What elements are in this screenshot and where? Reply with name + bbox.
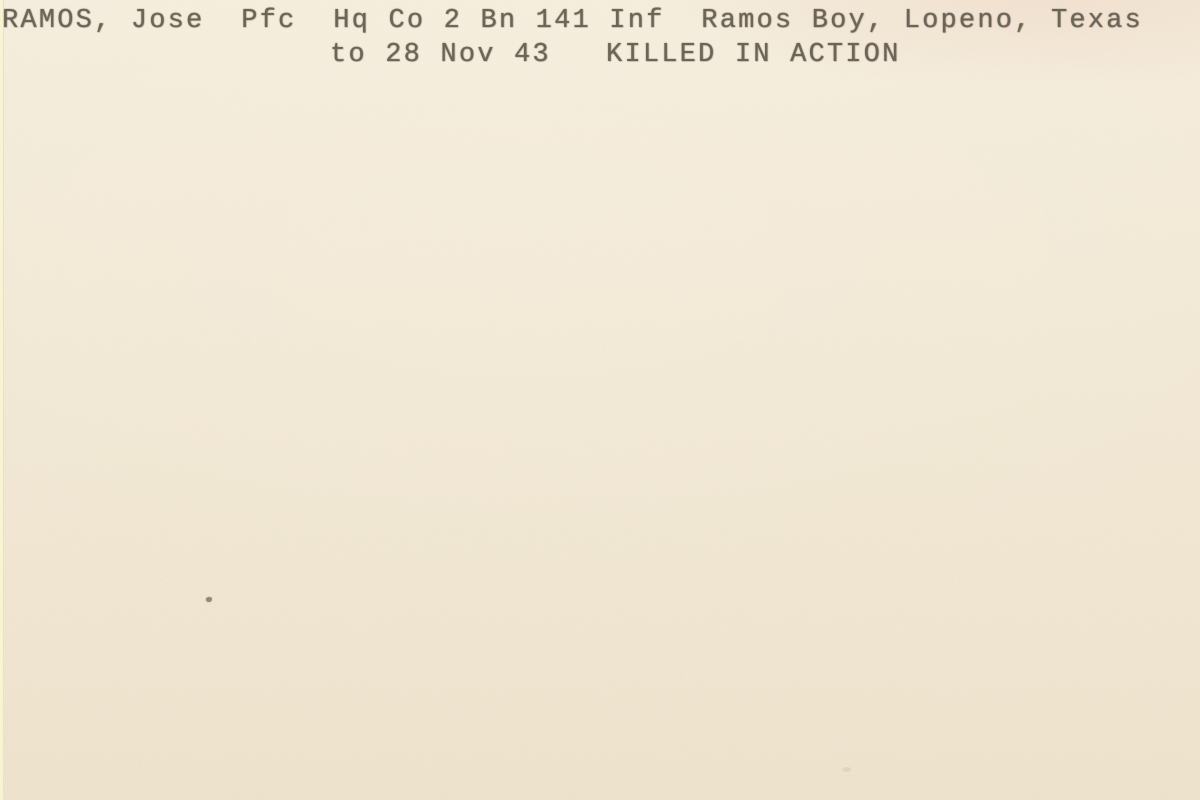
index-card: RAMOS, Jose Pfc Hq Co 2 Bn 141 Inf Ramos… [0, 0, 1200, 800]
paper-speck [206, 597, 212, 602]
typed-line-name-unit: RAMOS, Jose Pfc Hq Co 2 Bn 141 Inf Ramos… [2, 8, 1143, 35]
typed-line-date-status: to 28 Nov 43 KILLED IN ACTION [330, 42, 900, 69]
paper-smudge [842, 767, 851, 772]
paper-texture [0, 0, 1200, 800]
card-left-edge [0, 0, 4, 800]
